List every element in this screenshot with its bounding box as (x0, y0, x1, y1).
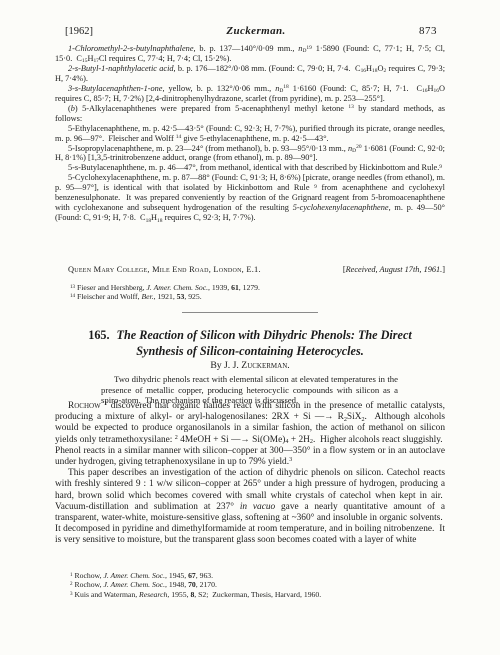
article-number: 165. (88, 328, 109, 342)
article-body: Rochow 1 discovered that organic halides… (55, 401, 445, 547)
author-address: Queen Mary College, Mile End Road, Londo… (55, 265, 261, 274)
footnote-3: 3 Kuis and Waterman, Research, 1955, 8, … (70, 590, 445, 599)
footnote-1: 1 Rochow, J. Amer. Chem. Soc., 1945, 67,… (70, 571, 445, 580)
address-row: Queen Mary College, Mile End Road, Londo… (55, 265, 445, 274)
article-title: 165.The Reaction of Silicon with Dihydri… (75, 327, 425, 359)
experimental-paragraph-butyl-naphthylacetic: 2-s-Butyl-1-naphthylacetic acid, b. p. 1… (55, 64, 445, 84)
experimental-paragraph-s-butylacenaphthene: 5-s-Butylacenaphthene, m. p. 46—47°, fro… (55, 163, 445, 173)
page-number: 873 (419, 25, 437, 37)
experimental-paragraph-ethylacenaphthene: 5-Ethylacenaphthene, m. p. 42·5—43·5° (F… (55, 124, 445, 144)
footnote-13: 13 Fieser and Hershberg, J. Amer. Chem. … (70, 283, 445, 292)
experimental-paragraph-cyclohexylacenaphthene: 5-Cyclohexylacenaphthene, m. p. 87—88° (… (55, 173, 445, 223)
journal-page: [1962] Zuckerman. 873 1-Chloromethyl-2-s… (0, 0, 500, 655)
running-head: [1962] Zuckerman. 873 (65, 25, 437, 37)
running-title: Zuckerman. (226, 25, 285, 37)
experimental-paragraph-butylacenaphthenone: 3-s-Butylacenaphthen-1-one, yellow, b. p… (55, 84, 445, 104)
footnote-2: 2 Rochow, J. Amer. Chem. Soc., 1948, 70,… (70, 580, 445, 589)
experimental-paragraph-chloromethyl: 1-Chloromethyl-2-s-butylnaphthalene, b. … (55, 44, 445, 64)
received-date: [Received, August 17th, 1961.] (343, 265, 445, 274)
experimental-paragraph-alkylacenaphthenes: (b) 5-Alkylacenaphthenes were prepared f… (55, 104, 445, 124)
article-title-text: The Reaction of Silicon with Dihydric Ph… (117, 328, 412, 358)
footnotes-previous-article: 13 Fieser and Hershberg, J. Amer. Chem. … (70, 283, 445, 302)
experimental-section: 1-Chloromethyl-2-s-butylnaphthalene, b. … (55, 44, 445, 264)
experimental-paragraph-isopropylacenaphthene: 5-Isopropylacenaphthene, m. p. 23—24° (f… (55, 144, 445, 164)
footnotes: 1 Rochow, J. Amer. Chem. Soc., 1945, 67,… (70, 571, 445, 599)
journal-year: [1962] (65, 26, 93, 37)
footnote-14: 14 Fleischer and Wolff, Ber., 1921, 53, … (70, 292, 445, 301)
byline: By J. J. Zuckerman. (0, 360, 500, 371)
body-paragraph-this-paper: This paper describes an investigation of… (55, 468, 445, 546)
article-divider (182, 312, 318, 313)
body-paragraph-rochow: Rochow 1 discovered that organic halides… (55, 401, 445, 468)
